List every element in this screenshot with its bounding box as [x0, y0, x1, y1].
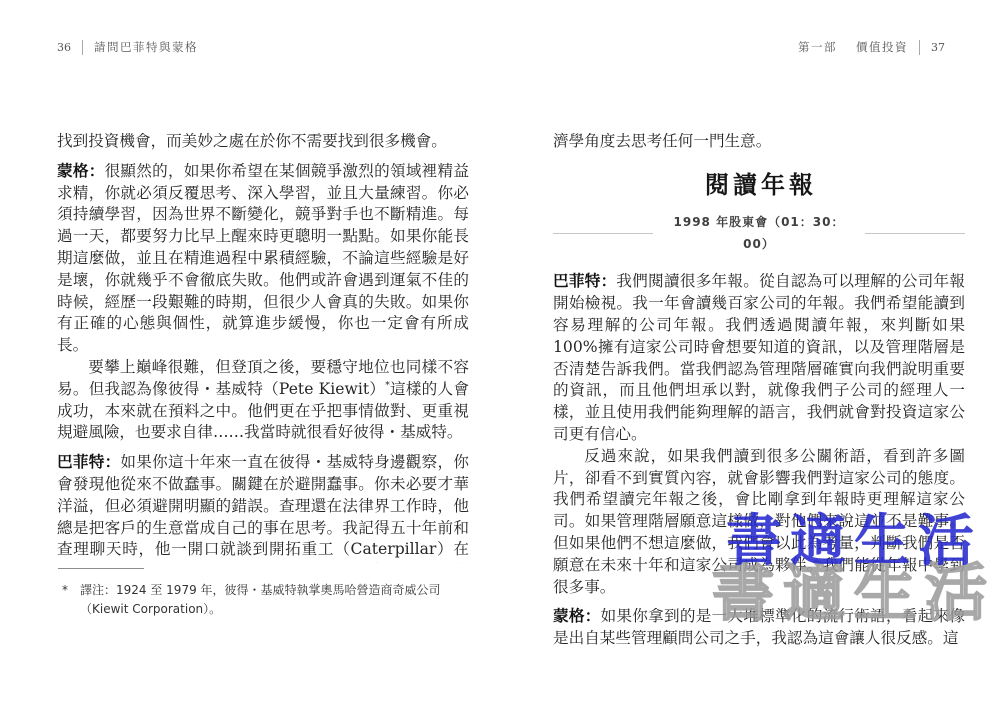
speaker-label-munger: 蒙格：	[553, 607, 601, 625]
book-page-spread: 36 請問巴菲特與蒙格 第一部 價值投資 37 找到投資機會，而美妙之處在於你不…	[0, 0, 1000, 701]
paragraph-munger: 蒙格：很顯然的，如果你希望在某個競爭激烈的領域裡精益求精，你就必須反覆思考、深入…	[57, 161, 469, 357]
right-text-column: 濟學角度去思考任何一門生意。 閱讀年報 1998 年股東會（01：30：00） …	[553, 131, 965, 611]
footnote-body: * 譯注：1924 至 1979 年，彼得・基威特執掌奧馬哈營造商奇威公司（Ki…	[57, 581, 469, 618]
paragraph-text: 找到投資機會，而美妙之處在於你不需要找到很多機會。	[57, 132, 447, 150]
running-head-right: 第一部 價值投資 37	[798, 39, 945, 55]
section-title: 價值投資	[856, 39, 908, 55]
paragraph-buffett: 巴菲特：我們閱讀很多年報。從自認為可以理解的公司年報開始檢視。我一年會讀幾百家公…	[553, 271, 965, 445]
speaker-label-buffett: 巴菲特：	[57, 453, 120, 471]
footnote: * 譯注：1924 至 1979 年，彼得・基威特執掌奧馬哈營造商奇威公司（Ki…	[57, 568, 469, 618]
paragraph-buffett-2: 反過來說，如果我們讀到很多公關術語，看到許多圖片，卻看不到實質內容，就會影響我們…	[553, 446, 965, 599]
page-number-right: 37	[931, 41, 945, 54]
running-head-left: 36 請問巴菲特與蒙格	[57, 39, 198, 55]
paragraph-munger-2: 要攀上巔峰很難，但登頂之後，要穩守地位也同樣不容易。但我認為像彼得・基威特（Pe…	[57, 357, 469, 444]
footnote-divider-rule	[58, 568, 144, 569]
paragraph-buffett: 巴菲特：如果你這十年來一直在彼得・基威特身邊觀察，你會發現他從來不做蠢事。關鍵在…	[57, 452, 469, 563]
session-caption: 1998 年股東會（01：30：00）	[666, 212, 852, 256]
paragraph-text: 如果你拿到的是一大堆標準化的流行術語，看起來像是出自某些管理顧問公司之手，我認為…	[553, 607, 965, 647]
page-number-left: 36	[57, 41, 71, 54]
paragraph-continuation: 找到投資機會，而美妙之處在於你不需要找到很多機會。	[57, 131, 469, 153]
speaker-label-munger: 蒙格：	[57, 162, 105, 180]
speaker-label-buffett: 巴菲特：	[553, 272, 616, 290]
paragraph-text: 我們閱讀很多年報。從自認為可以理解的公司年報開始檢視。我一年會讀幾百家公司的年報…	[553, 272, 965, 443]
section-heading: 閱讀年報	[553, 169, 965, 202]
book-title: 請問巴菲特與蒙格	[94, 39, 198, 55]
running-head-divider-right	[919, 40, 920, 55]
paragraph-continuation: 濟學角度去思考任何一門生意。	[553, 131, 965, 153]
paragraph-text: 很顯然的，如果你希望在某個競爭激烈的領域裡精益求精，你就必須反覆思考、深入學習，…	[57, 162, 469, 354]
footnote-text: 譯注：1924 至 1979 年，彼得・基威特執掌奧馬哈營造商奇威公司（Kiew…	[80, 583, 441, 616]
paragraph-text: 濟學角度去思考任何一門生意。	[553, 132, 771, 150]
left-text-column: 找到投資機會，而美妙之處在於你不需要找到很多機會。 蒙格：很顯然的，如果你希望在…	[57, 131, 469, 563]
running-head-divider-left	[82, 40, 83, 55]
session-caption-row: 1998 年股東會（01：30：00）	[553, 212, 965, 256]
paragraph-munger: 蒙格：如果你拿到的是一大堆標準化的流行術語，看起來像是出自某些管理顧問公司之手，…	[553, 606, 965, 650]
part-label: 第一部	[798, 39, 837, 55]
session-rule-left	[553, 233, 653, 234]
session-rule-right	[865, 233, 965, 234]
footnote-marker: *	[62, 581, 68, 600]
paragraph-text: 反過來說，如果我們讀到很多公關術語，看到許多圖片，卻看不到實質內容，就會影響我們…	[553, 447, 965, 596]
